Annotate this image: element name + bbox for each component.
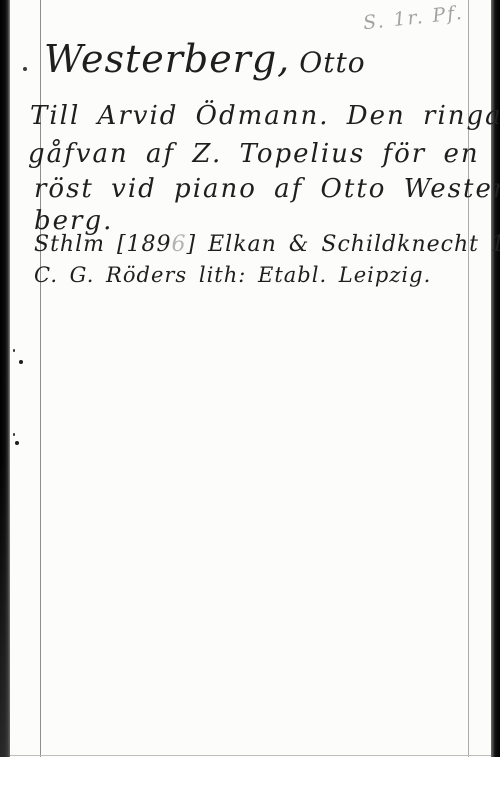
card-bottom-edge-line (10, 755, 491, 756)
ink-speck (13, 433, 15, 436)
dedication-line-3: röst vid piano af Otto Wester- (34, 174, 500, 204)
ink-speck (23, 67, 27, 71)
ink-speck (19, 360, 23, 364)
dedication-line-2: gåfvan af Z. Topelius för en (28, 139, 480, 169)
scan-left-black-edge (0, 0, 10, 757)
ink-speck (15, 441, 19, 445)
shelfmark-pencil-note: S. 1r. Pf. (362, 2, 465, 34)
printer-line: C. G. Röders lith: Etabl. Leipzig. (34, 263, 431, 287)
catalog-card-scan: S. 1r. Pf. Westerberg,Otto Till Arvid Öd… (0, 0, 500, 757)
imprint-year-pencil-digit: 6 (172, 232, 187, 257)
heading-given-name: Otto (299, 46, 365, 79)
card-heading: Westerberg,Otto (44, 37, 366, 81)
imprint-line: Sthlm [1896] Elkan & Schildknecht 1628. (34, 232, 500, 257)
page-background-below-scan (0, 757, 500, 800)
ink-speck (13, 349, 15, 352)
dedication-line-1: Till Arvid Ödmann. Den ringa (30, 101, 500, 131)
imprint-suffix: ] Elkan & Schildknecht 1628. (187, 232, 500, 257)
heading-surname: Westerberg, (44, 37, 290, 81)
imprint-prefix: Sthlm [189 (34, 232, 172, 257)
